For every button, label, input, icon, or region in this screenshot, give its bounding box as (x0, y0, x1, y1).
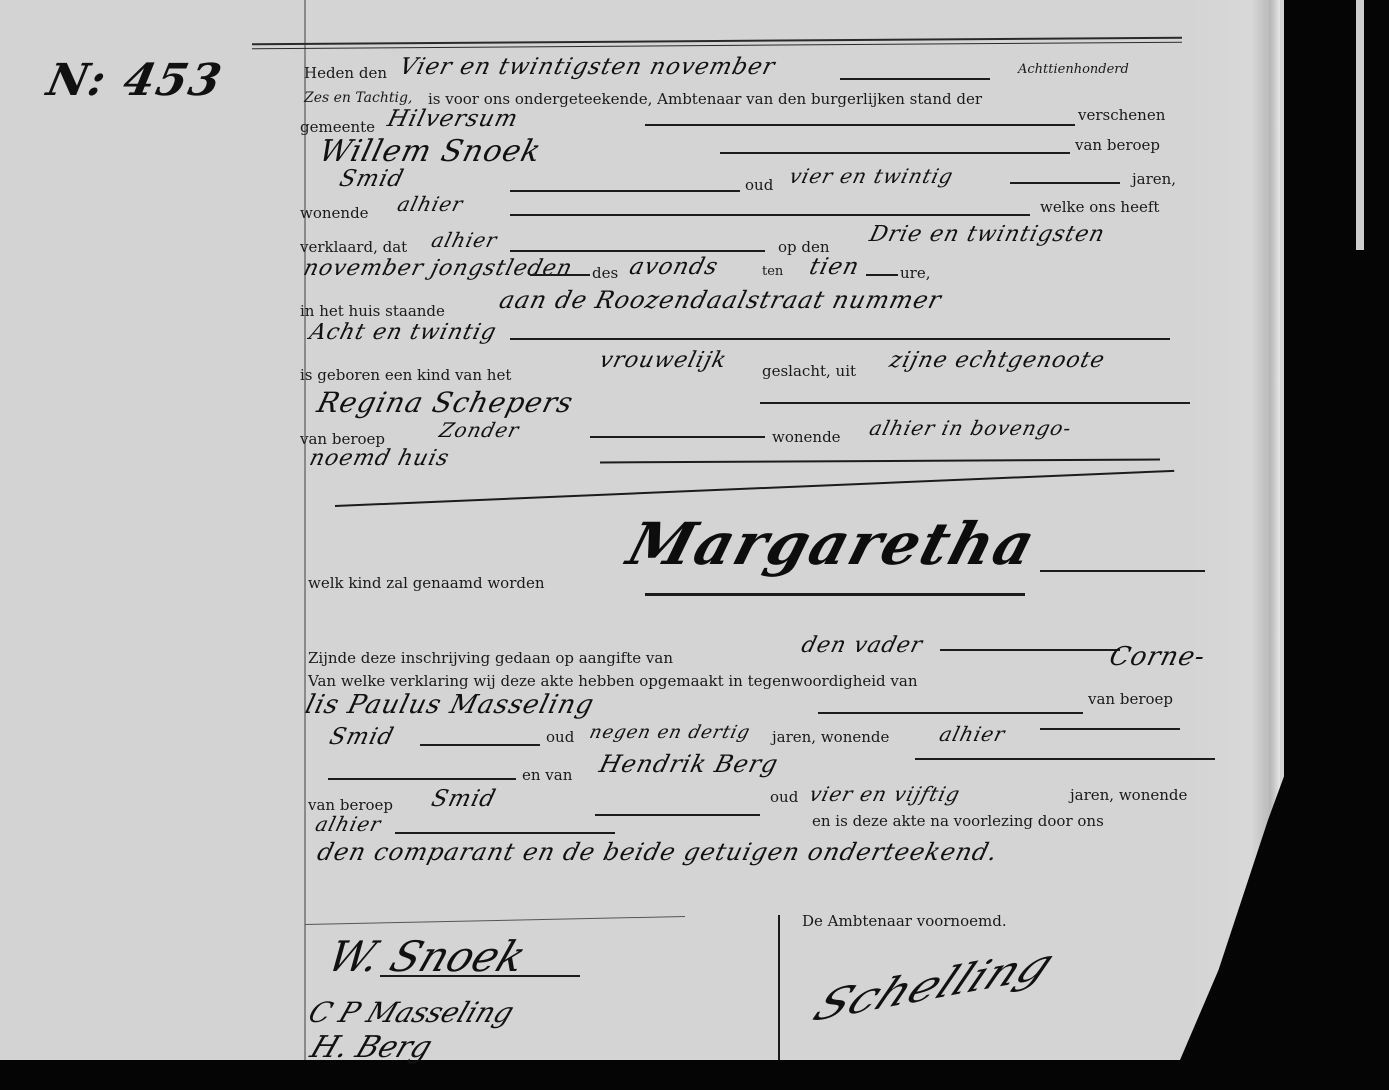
printed-text: verschenen (1078, 106, 1165, 124)
child-name: Margaretha (620, 510, 1044, 578)
handwritten-closing: den comparant en de beide getuigen onder… (315, 838, 1002, 866)
handwritten-hour: tien (807, 254, 863, 280)
printed-text: en is deze akte na voorlezing door ons (812, 812, 1104, 830)
printed-text: des (592, 264, 618, 282)
entry-line: en van Hendrik Berg (300, 762, 1180, 790)
printed-text: jaren, wonende (1070, 786, 1187, 804)
handwritten-witness2-occupation: Smid (429, 786, 499, 812)
handwritten-time-of-day: avonds (627, 254, 721, 280)
scanned-register-page: N: 453 Heden den Vier en twintigsten nov… (0, 0, 1389, 1090)
printed-text: is geboren een kind van het (300, 366, 511, 384)
printed-text: Achttienhonderd (1018, 62, 1129, 77)
printed-text: in het huis staande (300, 302, 445, 320)
printed-text: welk kind zal genaamd worden (308, 574, 545, 592)
handwritten-mother-residence: alhier in bovengo- (867, 416, 1074, 440)
printed-text: verklaard, dat (300, 238, 407, 256)
signature-flourish (380, 975, 580, 977)
entry-line: Heden den Vier en twintigsten november A… (300, 60, 1180, 88)
entry-line: lis Paulus Masseling van beroep (300, 694, 1180, 722)
handwritten-text: zijne echtgenoote (887, 348, 1108, 373)
signature-declarant: W. Snoek (321, 932, 533, 981)
entry-line: den comparant en de beide getuigen onder… (300, 848, 1180, 876)
handwritten-declarant-name: Willem Snoek (316, 134, 545, 169)
printed-text: welke ons heeft (1040, 198, 1159, 216)
handwritten-address: aan de Roozendaalstraat nummer (497, 286, 945, 314)
header-rule (252, 37, 1182, 45)
handwritten-birth-date: Drie en twintigsten (867, 222, 1108, 247)
printed-text: oud (745, 176, 773, 194)
signature-bracket (778, 915, 786, 1060)
signature-rule (305, 916, 685, 925)
printed-text: en van (522, 766, 572, 784)
handwritten-witness1-occupation: Smid (327, 724, 397, 750)
printed-text: oud (546, 728, 574, 746)
handwritten-municipality: Hilversum (385, 106, 521, 132)
handwritten-occupation: Smid (337, 166, 407, 192)
handwritten-text: alhier (429, 228, 500, 252)
name-underline (645, 593, 1025, 596)
printed-text: van beroep (1075, 136, 1160, 154)
printed-text: jaren, (1132, 170, 1176, 188)
handwritten-mother-occupation: Zonder (437, 418, 522, 442)
printed-text: jaren, wonende (772, 728, 889, 746)
printed-text: Zes en Tachtig, (304, 90, 412, 106)
printed-text: Van welke verklaring wij deze akte hebbe… (308, 672, 918, 690)
signature-witness2: H. Berg (306, 1030, 437, 1065)
handwritten-witness1-age: negen en dertig (587, 722, 752, 743)
handwritten-mother-name: Regina Schepers (314, 386, 577, 419)
handwritten-sex: vrouwelijk (597, 348, 730, 373)
printed-text: Zijnde deze inschrijving gedaan op aangi… (308, 649, 673, 667)
entry-line: Willem Snoek van beroep (300, 140, 1180, 168)
printed-text: wonende (300, 204, 369, 222)
scan-border-bottom (0, 1060, 1389, 1090)
printed-text: wonende (772, 428, 841, 446)
printed-text: Heden den (304, 64, 387, 82)
printed-text: ure, (900, 264, 930, 282)
left-margin (0, 0, 305, 1060)
handwritten-residence: alhier (395, 192, 466, 216)
handwritten-witness1-name: lis Paulus Masseling (302, 690, 597, 720)
handwritten-age: vier en twintig (787, 164, 956, 188)
signature-witness1: C P Masseling (304, 996, 519, 1029)
handwritten-witness2-age: vier en vijftig (807, 782, 963, 806)
printed-text: ten (762, 264, 783, 279)
printed-text: oud (770, 788, 798, 806)
handwritten-witness2-name: Hendrik Berg (597, 750, 782, 778)
handwritten-date: Vier en twintigsten november (397, 54, 778, 80)
printed-text: geslacht, uit (762, 362, 856, 380)
handwritten-witness-name: Corne- (1106, 642, 1208, 672)
akte-number: N: 453 (43, 55, 228, 106)
handwritten-text: noemd huis (307, 446, 452, 471)
signature-official: Schelling (805, 939, 1063, 1032)
handwritten-declarant-role: den vader (799, 633, 926, 658)
scan-border-right (1284, 0, 1389, 1090)
handwritten-month: november jongstleden (301, 256, 575, 281)
printed-text: van beroep (1088, 690, 1173, 708)
official-label: De Ambtenaar voornoemd. (802, 912, 1007, 930)
handwritten-witness1-residence: alhier (937, 722, 1008, 746)
handwritten-witness2-residence: alhier (313, 812, 384, 836)
handwritten-house-number: Acht en twintig (307, 320, 499, 345)
